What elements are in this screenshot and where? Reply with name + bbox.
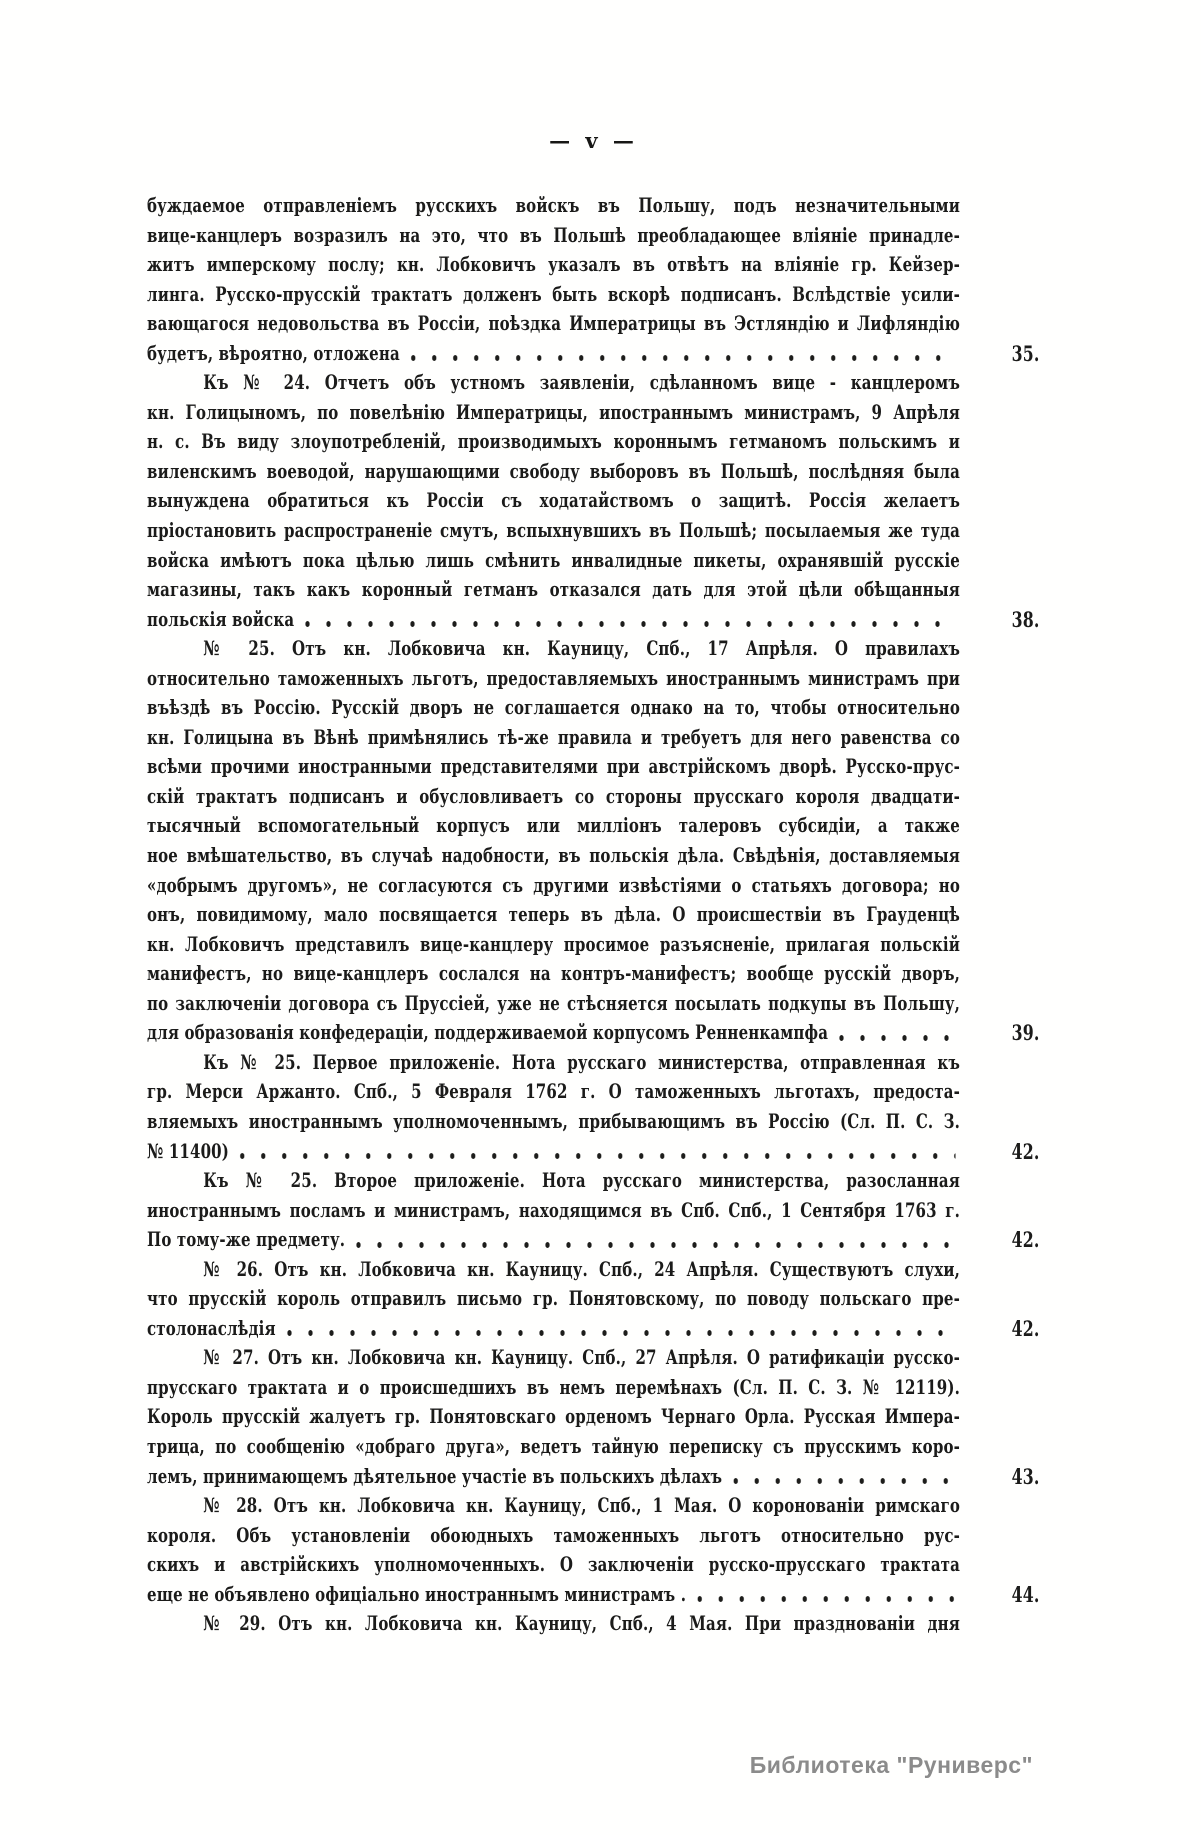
toc-entry-last-line: для образованія конфедераціи, поддержива… — [147, 1018, 828, 1048]
toc-line: Къ № 25. Второе приложеніе. Нота русскаг… — [147, 1166, 960, 1196]
toc-entry: № 25. Отъ кн. Лобковича кн. Кауницу, Спб… — [147, 634, 1040, 1048]
toc-entry-lines: Къ № 25. Второе приложеніе. Нота русскаг… — [147, 1166, 960, 1225]
toc-entry-lines: № 29. Отъ кн. Лобковича кн. Кауницу, Спб… — [147, 1609, 960, 1639]
toc-line: трица, по сообщенію «добраго друга», вед… — [147, 1432, 960, 1462]
toc-entry: Къ № 25. Второе приложеніе. Нота русскаг… — [147, 1166, 1040, 1255]
toc-line: относительно таможенныхъ льготъ, предост… — [147, 664, 960, 694]
entry-page-ref: 42. — [960, 1225, 1040, 1255]
toc-line: вынуждена обратиться къ Россіи съ ходата… — [147, 486, 960, 516]
toc-line: № 26. Отъ кн. Лобковича кн. Кауницу. Спб… — [147, 1255, 960, 1285]
toc-line: гр. Мерси Аржанто. Спб., 5 Февраля 1762 … — [147, 1077, 960, 1107]
toc-line: житъ имперскому послу; кн. Лобковичъ ука… — [147, 250, 960, 280]
dot-leader — [697, 1595, 956, 1603]
toc-entry-lines: № 28. Отъ кн. Лобковича кн. Кауницу, Спб… — [147, 1491, 960, 1580]
toc-entry-last-row: По тому-же предмету. — [147, 1225, 960, 1255]
toc-line: скій трактатъ подписанъ и обусловливаетъ… — [147, 782, 960, 812]
toc-line: вающагося недовольства въ Россіи, поѣздк… — [147, 309, 960, 339]
dot-leader — [305, 620, 956, 628]
toc-line: пріостановить распространеніе смутъ, всп… — [147, 516, 960, 546]
toc-line: кн. Голицына въ Вѣнѣ примѣнялись тѣ-же п… — [147, 723, 960, 753]
toc-line: Къ № 24. Отчетъ объ устномъ заявленіи, с… — [147, 368, 960, 398]
toc-line: короля. Объ установленіи обоюдныхъ тамож… — [147, 1521, 960, 1551]
toc-line: всѣми прочими иностранными представителя… — [147, 752, 960, 782]
toc-line: онъ, повидимому, мало посвящается теперь… — [147, 900, 960, 930]
toc-line: кн. Лобковичъ представилъ вице-канцлеру … — [147, 930, 960, 960]
toc-entry-last-line: № 11400) — [147, 1137, 229, 1167]
toc-line: линга. Русско-прусскій трактатъ долженъ … — [147, 280, 960, 310]
toc-line: № 27. Отъ кн. Лобковича кн. Кауницу. Спб… — [147, 1343, 960, 1373]
entry-page-ref: 42. — [960, 1314, 1040, 1344]
library-watermark: Библиотека "Руниверс" — [750, 1752, 1033, 1779]
toc-entry: буждаемое отправленіемъ русскихъ войскъ … — [147, 191, 1040, 368]
toc-line: въѣздѣ въ Россію. Русскій дворъ не согла… — [147, 693, 960, 723]
table-of-contents: буждаемое отправленіемъ русскихъ войскъ … — [147, 191, 1040, 1639]
entry-page-ref: 35. — [960, 339, 1040, 369]
toc-entry-lines: № 27. Отъ кн. Лобковича кн. Кауницу. Спб… — [147, 1343, 960, 1461]
toc-entry: № 29. Отъ кн. Лобковича кн. Кауницу, Спб… — [147, 1609, 1040, 1639]
toc-entry-lines: Къ № 25. Первое приложеніе. Нота русскаг… — [147, 1048, 960, 1137]
toc-line: вице-канцлеръ возразилъ на это, что въ П… — [147, 221, 960, 251]
toc-line: № 29. Отъ кн. Лобковича кн. Кауницу, Спб… — [147, 1609, 960, 1639]
toc-entry-lines: буждаемое отправленіемъ русскихъ войскъ … — [147, 191, 960, 339]
toc-entry-lines: № 26. Отъ кн. Лобковича кн. Кауницу. Спб… — [147, 1255, 960, 1314]
entry-page-ref: 43. — [960, 1462, 1040, 1492]
toc-entry-last-row: будетъ, вѣроятно, отложена — [147, 339, 960, 369]
toc-line: войска имѣютъ пока цѣлью лишь смѣнить ин… — [147, 546, 960, 576]
toc-line: ное вмѣшательство, въ случаѣ надобности,… — [147, 841, 960, 871]
toc-line: иностраннымъ посламъ и министрамъ, наход… — [147, 1196, 960, 1226]
entry-page-ref: 38. — [960, 605, 1040, 635]
toc-entry-last-row: польскія войска — [147, 605, 960, 635]
toc-line: манифестъ, но вице-канцлеръ сослался на … — [147, 959, 960, 989]
toc-line: по заключеніи договора съ Пруссіей, уже … — [147, 989, 960, 1019]
toc-line: магазины, такъ какъ коронный гетманъ отк… — [147, 575, 960, 605]
dot-leader — [733, 1477, 956, 1485]
dot-leader — [286, 1329, 955, 1337]
toc-line: тысячный вспомогательный корпусъ или мил… — [147, 811, 960, 841]
toc-line: н. с. Въ виду злоупотребленій, производи… — [147, 427, 960, 457]
toc-line: № 25. Отъ кн. Лобковича кн. Кауницу, Спб… — [147, 634, 960, 664]
toc-entry-lines: Къ № 24. Отчетъ объ устномъ заявленіи, с… — [147, 368, 960, 604]
toc-entry: № 27. Отъ кн. Лобковича кн. Кауницу. Спб… — [147, 1343, 1040, 1491]
toc-line: Король прусскій жалуетъ гр. Понятовскаго… — [147, 1402, 960, 1432]
dot-leader — [839, 1034, 956, 1042]
toc-entry-last-line: лемъ, принимающемъ дѣятельное участіе въ… — [147, 1462, 722, 1492]
entry-page-ref: 42. — [960, 1137, 1040, 1167]
toc-entry-last-line: будетъ, вѣроятно, отложена — [147, 339, 400, 369]
dot-leader — [356, 1241, 956, 1249]
dot-leader — [240, 1152, 956, 1160]
toc-entry: № 26. Отъ кн. Лобковича кн. Кауницу. Спб… — [147, 1255, 1040, 1344]
toc-entry-last-row: № 11400) — [147, 1137, 960, 1167]
entry-page-ref: 44. — [960, 1580, 1040, 1610]
toc-entry: Къ № 24. Отчетъ объ устномъ заявленіи, с… — [147, 368, 1040, 634]
toc-entry-last-line: еще не объявлено офиціально иностраннымъ… — [147, 1580, 686, 1610]
toc-entry-last-row: для образованія конфедераціи, поддержива… — [147, 1018, 960, 1048]
toc-line: виленскимъ воеводой, нарушающими свободу… — [147, 457, 960, 487]
toc-entry-last-row: еще не объявлено офиціально иностраннымъ… — [147, 1580, 960, 1610]
toc-line: вляемыхъ иностраннымъ уполномоченнымъ, п… — [147, 1107, 960, 1137]
toc-entry-last-line: По тому-же предмету. — [147, 1225, 345, 1255]
toc-line: кн. Голицыномъ, по повелѣнію Императрицы… — [147, 398, 960, 428]
toc-line: буждаемое отправленіемъ русскихъ войскъ … — [147, 191, 960, 221]
toc-line: № 28. Отъ кн. Лобковича кн. Кауницу, Спб… — [147, 1491, 960, 1521]
toc-entry-last-row: столонаслѣдія — [147, 1314, 960, 1344]
toc-entry-last-line: столонаслѣдія — [147, 1314, 276, 1344]
toc-line: скихъ и австрійскихъ уполномоченныхъ. О … — [147, 1550, 960, 1580]
book-page: — v — буждаемое отправленіемъ русскихъ в… — [0, 0, 1201, 1835]
toc-line: что прусскій король отправилъ письмо гр.… — [147, 1284, 960, 1314]
toc-entry: Къ № 25. Первое приложеніе. Нота русскаг… — [147, 1048, 1040, 1166]
toc-line: Къ № 25. Первое приложеніе. Нота русскаг… — [147, 1048, 960, 1078]
toc-entry-lines: № 25. Отъ кн. Лобковича кн. Кауницу, Спб… — [147, 634, 960, 1018]
toc-entry-last-line: польскія войска — [147, 605, 294, 635]
entry-page-ref: 39. — [960, 1018, 1040, 1048]
toc-line: прусскаго трактата и о происшедшихъ въ н… — [147, 1373, 960, 1403]
toc-line: «добрымъ другомъ», не согласуются съ дру… — [147, 871, 960, 901]
folio-page-number: — v — — [147, 128, 1040, 153]
toc-entry: № 28. Отъ кн. Лобковича кн. Кауницу, Спб… — [147, 1491, 1040, 1609]
toc-entry-last-row: лемъ, принимающемъ дѣятельное участіе въ… — [147, 1462, 960, 1492]
dot-leader — [410, 354, 955, 362]
